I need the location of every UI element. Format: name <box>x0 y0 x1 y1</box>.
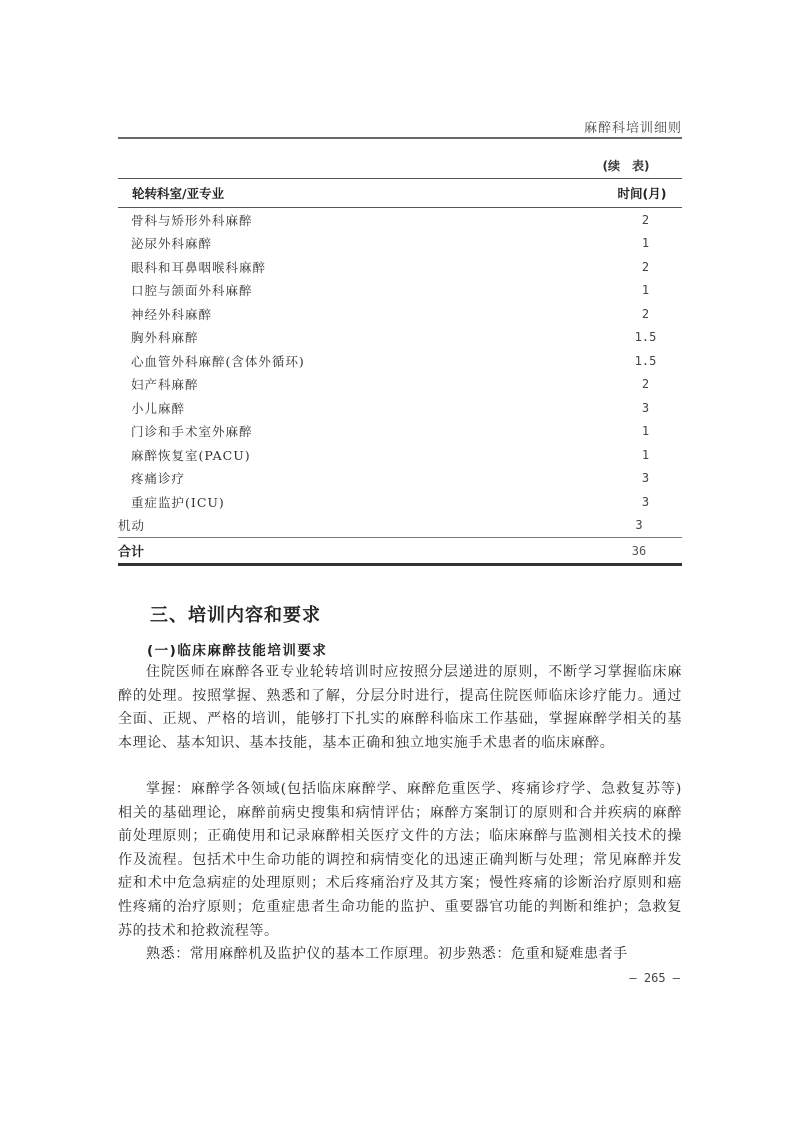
paragraph-text: 住院医师在麻醉各亚专业轮转培训时应按照分层递进的原则，不断学习掌握临床麻醉的处理… <box>118 661 682 755</box>
table-header-row: 轮转科室/亚专业 时间(月) <box>118 179 682 208</box>
months-cell: 1 <box>571 448 682 462</box>
table-row: 疼痛诊疗 3 <box>118 467 682 491</box>
paragraph-text: 熟悉：常用麻醉机及监护仪的基本工作原理。初步熟悉：危重和疑难患者手 <box>118 943 682 967</box>
months-cell: 2 <box>571 213 682 227</box>
total-label: 合计 <box>118 541 558 560</box>
department-cell: 疼痛诊疗 <box>118 469 571 487</box>
paragraph-overview: 住院医师在麻醉各亚专业轮转培训时应按照分层递进的原则，不断学习掌握临床麻醉的处理… <box>118 661 682 755</box>
months-cell: 3 <box>558 518 682 532</box>
column-header-department-label: 轮转科室/亚专业 <box>124 186 224 201</box>
department-cell: 口腔与颌面外科麻醉 <box>118 281 571 299</box>
table-row: 妇产科麻醉 2 <box>118 373 682 397</box>
paragraph-master: 掌握：麻醉学各领域(包括临床麻醉学、麻醉危重医学、疼痛诊疗学、急救复苏等)相关的… <box>118 778 682 943</box>
table-row: 骨科与矫形外科麻醉 2 <box>118 208 682 232</box>
months-cell: 1.5 <box>571 330 682 344</box>
table-row: 重症监护(ICU) 3 <box>118 490 682 514</box>
department-cell: 重症监护(ICU) <box>118 493 571 511</box>
paragraph-text: 掌握：麻醉学各领域(包括临床麻醉学、麻醉危重医学、疼痛诊疗学、急救复苏等)相关的… <box>118 778 682 943</box>
section-title: 三、培训内容和要求 <box>150 601 321 627</box>
table-row: 麻醉恢复室(PACU) 1 <box>118 443 682 467</box>
department-cell: 胸外科麻醉 <box>118 328 571 346</box>
months-cell: 3 <box>571 495 682 509</box>
column-header-department: 轮转科室/亚专业 <box>118 184 564 202</box>
table-row: 门诊和手术室外麻醉 1 <box>118 420 682 444</box>
months-cell: 2 <box>571 260 682 274</box>
table-continued-label: (续 表) <box>586 157 666 174</box>
months-cell: 2 <box>571 307 682 321</box>
months-cell: 1 <box>571 236 682 250</box>
department-cell: 门诊和手术室外麻醉 <box>118 422 571 440</box>
table-row: 机动 3 <box>118 514 682 538</box>
department-cell: 眼科和耳鼻咽喉科麻醉 <box>118 258 571 276</box>
department-cell: 麻醉恢复室(PACU) <box>118 446 571 464</box>
page-number: — 265 — <box>600 971 680 985</box>
table-row: 口腔与颌面外科麻醉 1 <box>118 279 682 303</box>
department-cell: 神经外科麻醉 <box>118 305 571 323</box>
months-cell: 1 <box>571 283 682 297</box>
column-header-duration: 时间(月) <box>564 184 682 202</box>
table-row: 泌尿外科麻醉 1 <box>118 232 682 256</box>
department-cell: 骨科与矫形外科麻醉 <box>118 211 571 229</box>
table-row: 胸外科麻醉 1.5 <box>118 326 682 350</box>
months-cell: 3 <box>571 401 682 415</box>
department-cell: 机动 <box>118 516 558 534</box>
department-cell: 心血管外科麻醉(含体外循环) <box>118 352 571 370</box>
rotation-table: 轮转科室/亚专业 时间(月) 骨科与矫形外科麻醉 2 泌尿外科麻醉 1 眼科和耳… <box>118 178 682 566</box>
total-months: 36 <box>558 544 682 558</box>
paragraph-familiar: 熟悉：常用麻醉机及监护仪的基本工作原理。初步熟悉：危重和疑难患者手 <box>118 943 682 967</box>
department-cell: 妇产科麻醉 <box>118 375 571 393</box>
running-head: 麻醉科培训细则 <box>118 117 682 136</box>
subsection-title: (一)临床麻醉技能培训要求 <box>147 639 327 659</box>
table-row: 心血管外科麻醉(含体外循环) 1.5 <box>118 349 682 373</box>
table-row: 神经外科麻醉 2 <box>118 302 682 326</box>
months-cell: 2 <box>571 377 682 391</box>
department-cell: 小儿麻醉 <box>118 399 571 417</box>
months-cell: 1 <box>571 424 682 438</box>
table-row: 眼科和耳鼻咽喉科麻醉 2 <box>118 255 682 279</box>
months-cell: 3 <box>571 471 682 485</box>
table-total-row: 合计 36 <box>118 537 682 566</box>
table-row: 小儿麻醉 3 <box>118 396 682 420</box>
department-cell: 泌尿外科麻醉 <box>118 234 571 252</box>
header-rule <box>118 137 682 139</box>
months-cell: 1.5 <box>571 354 682 368</box>
